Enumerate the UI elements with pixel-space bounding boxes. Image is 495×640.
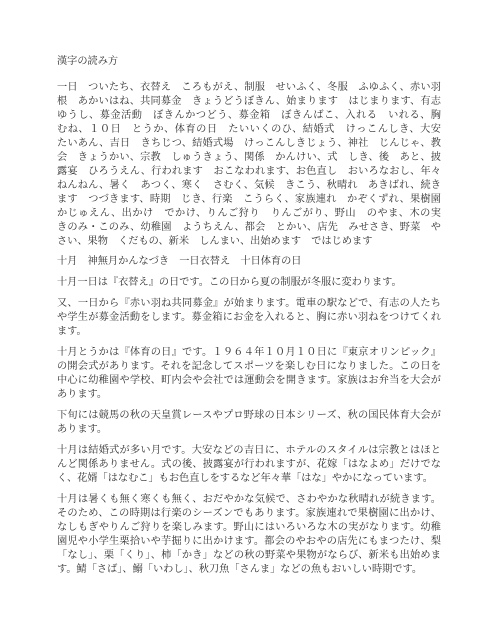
paragraph-red-feather: 又、一日から『赤い羽ね共同募金』が始まります。電車の駅などで、有志の人たちや学生…	[57, 297, 441, 339]
october-heading-line: 十月 神無月かんなづき 一日衣替え 十日体育の日	[57, 255, 441, 269]
paragraph-late-october-events: 下旬には競馬の秋の天皇賞レースやプロ野球の日本シリーズ、秋の国民体育大会がありま…	[57, 409, 441, 437]
paragraph-autumn-season: 十月は暑くも無く寒くも無く、おだやかな気候で、さわやかな秋晴れが続きます。そのた…	[57, 493, 441, 577]
vocabulary-reading-list: 一日 ついたち、衣替え ころもがえ、制服 せいふく、冬服 ふゆふく、赤い羽根 あ…	[57, 81, 441, 249]
paragraph-weddings: 十月は結婚式が多い月です。大安などの吉日に、ホテルのスタイルは宗教とはほとんど関…	[57, 444, 441, 486]
paragraph-sports-day: 十月とうかは『体育の日』です。１９６４年１０月１０日に『東京オリンピック』の開会…	[57, 346, 441, 402]
document-page: 漢字の読み方 一日 ついたち、衣替え ころもがえ、制服 せいふく、冬服 ふゆふく…	[57, 55, 441, 584]
document-title: 漢字の読み方	[57, 55, 441, 69]
paragraph-koromogae: 十月一日は『衣替え』の日です。この日から夏の制服が冬服に変わります。	[57, 276, 441, 290]
